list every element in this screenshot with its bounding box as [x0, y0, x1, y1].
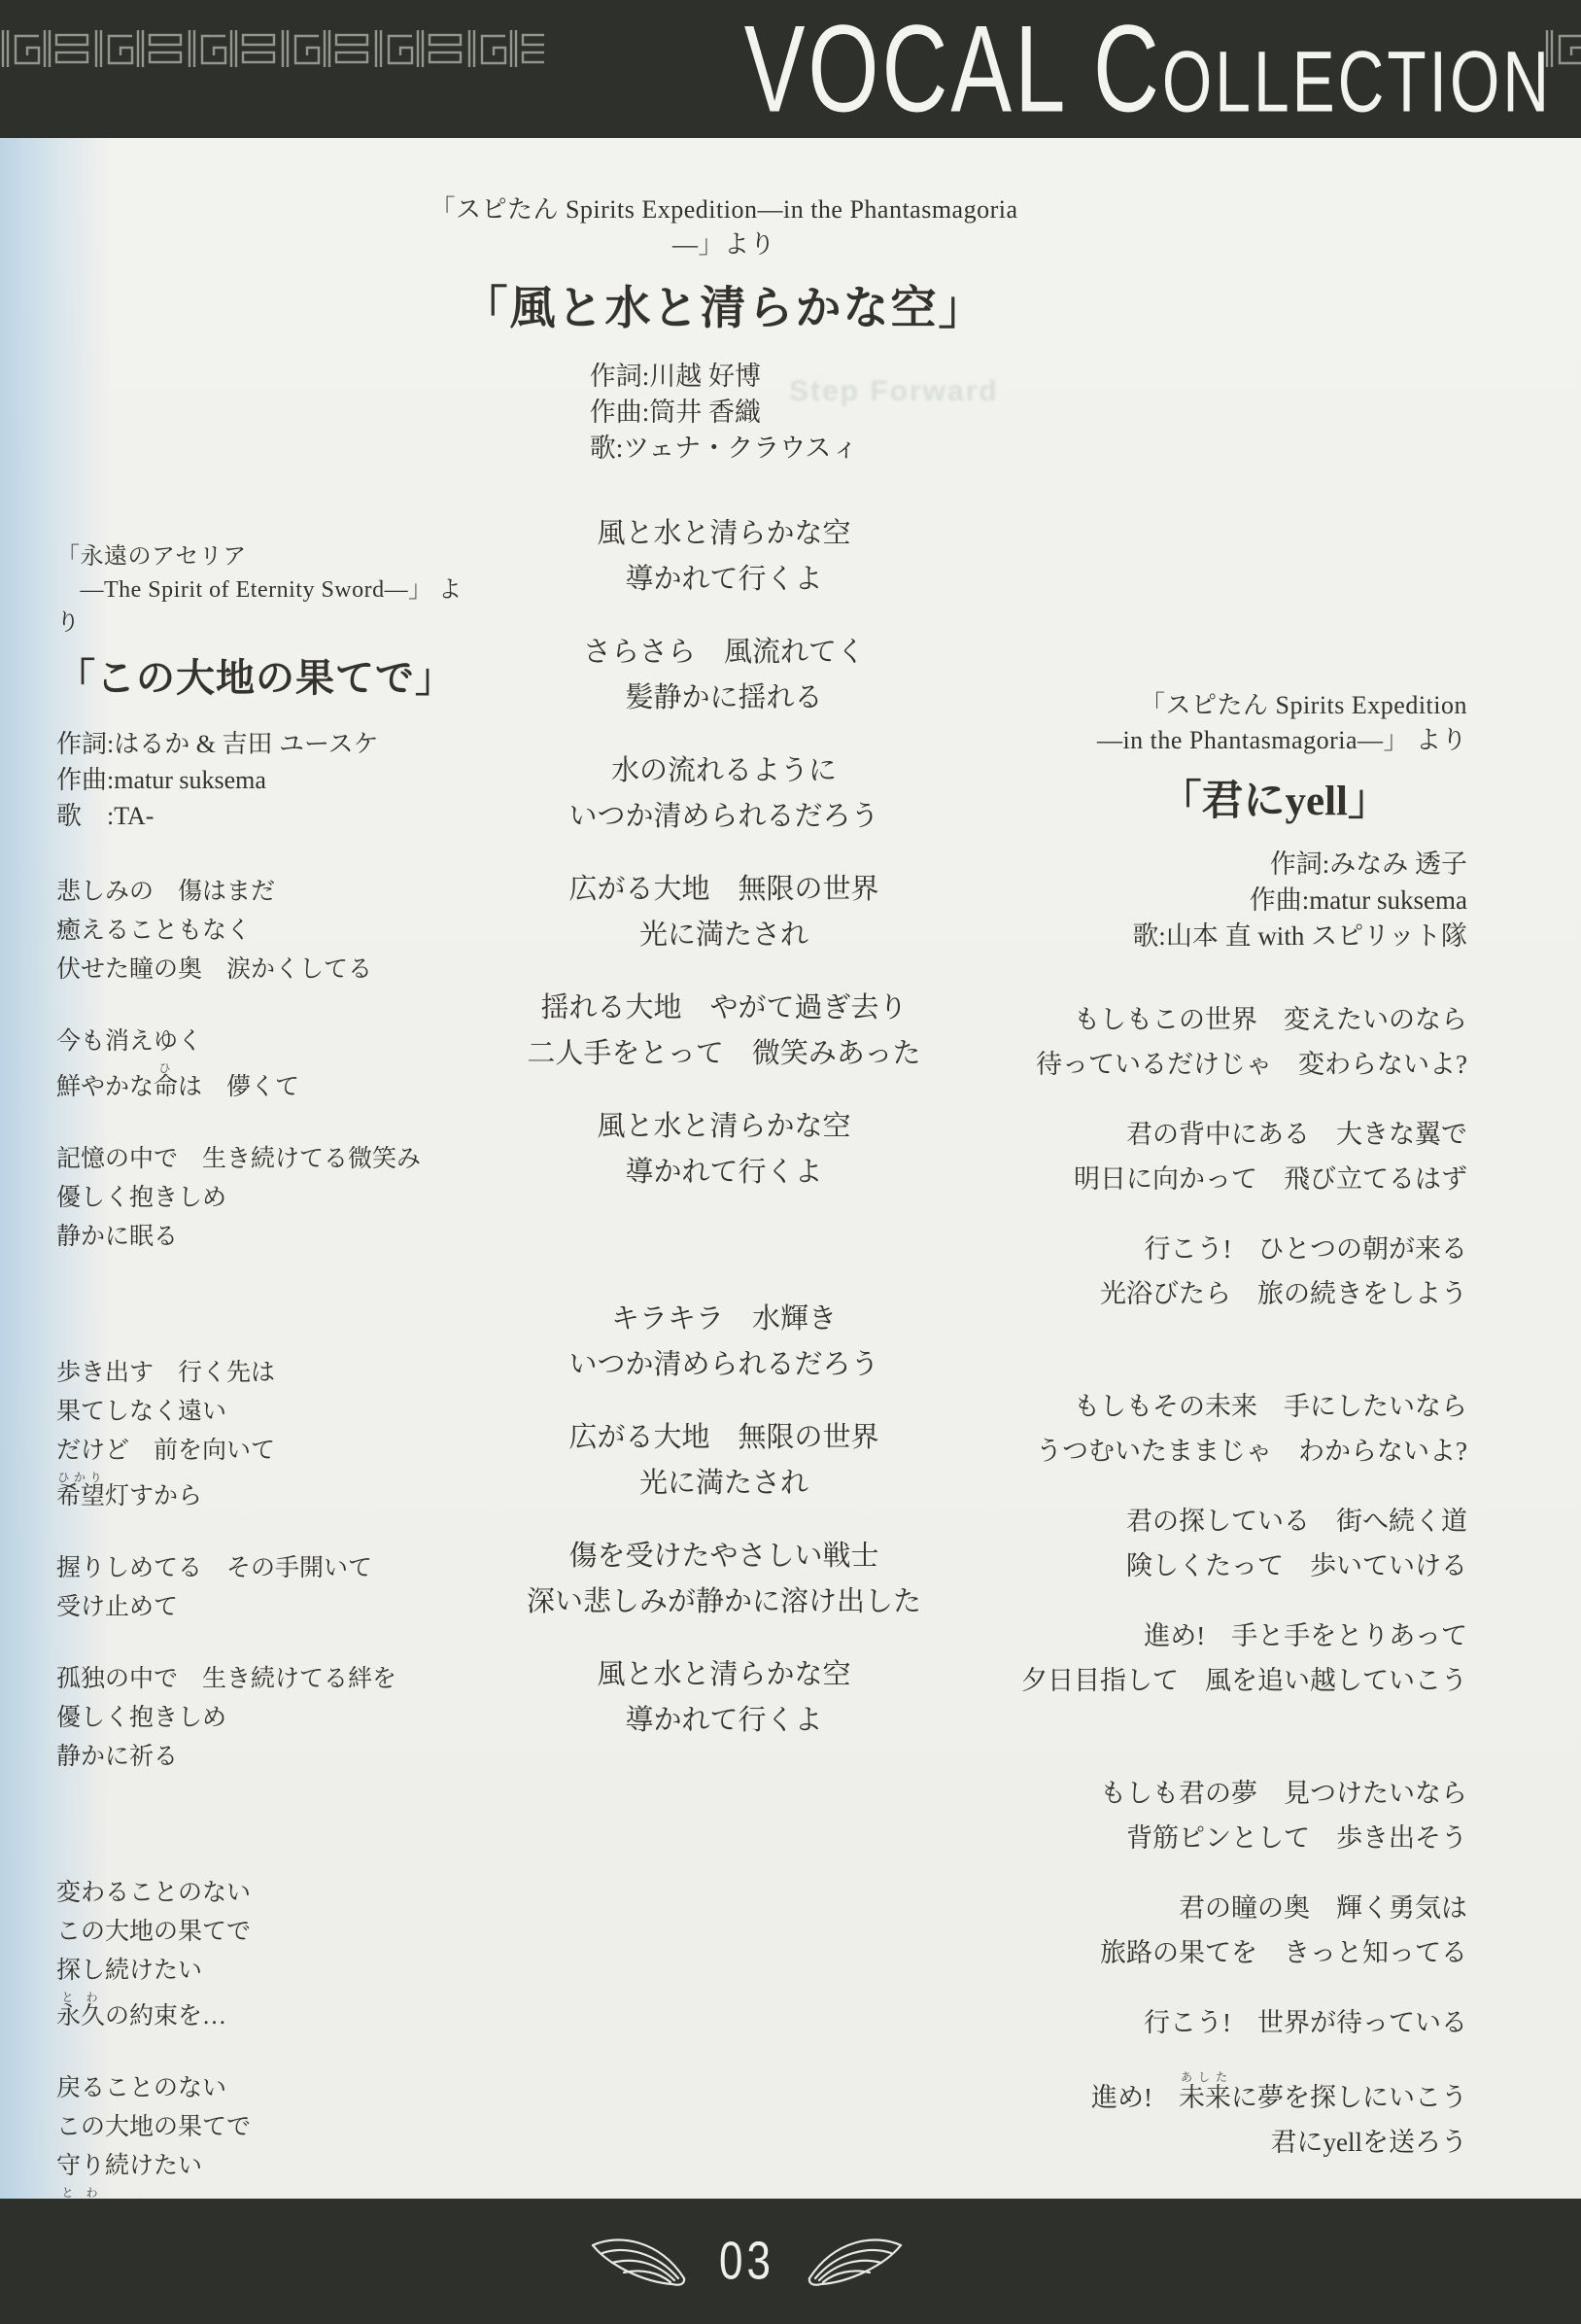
lyric-section: 悲しみの 傷はまだ癒えることもなく伏せた瞳の奥 涙かくしてる今も消えゆく鮮やかな… — [56, 873, 484, 1257]
lyric-line: この大地の果てで — [56, 1913, 484, 1952]
lyric-line: 受け止めて — [56, 1588, 484, 1627]
lyric-line: 静かに眠る — [56, 1218, 484, 1257]
lyric-block: 揺れる大地 やがて過ぎ去り二人手をとって 微笑みあった — [413, 986, 1035, 1077]
lyric-block: 君の背中にある 大きな翼で明日に向かって 飛び立てるはず — [972, 1112, 1467, 1201]
lyric-line: 君にyellを送ろう — [972, 2120, 1467, 2165]
lyric-line: 優しく抱きしめ — [56, 1179, 484, 1218]
lyric-block: 風と水と清らかな空導かれて行くよ — [413, 511, 1035, 603]
lyric-line: 変わることのない — [56, 1874, 484, 1913]
lyric-line: 導かれて行くよ — [413, 1698, 1035, 1744]
song-lyrics: もしもこの世界 変えたいのなら待っているだけじゃ 変わらないよ?君の背中にある … — [972, 997, 1467, 2165]
lyric-section: 歩き出す 行く先は果てしなく遠いだけど 前を向いて希望ひかり灯すから握りしめてる… — [56, 1354, 484, 1777]
footer-ornament-group: 03 — [589, 2232, 905, 2292]
booklet-page: VOCAL Collection Step Forward 「スピたん Spir… — [0, 0, 1581, 2324]
credit-line: 歌:山本 直 with スピリット隊 — [972, 919, 1467, 954]
lyric-block: もしもその未来 手にしたいならうつむいたままじゃ わからないよ? — [972, 1384, 1467, 1474]
wing-right-icon — [800, 2232, 905, 2292]
lyric-line: 光に満たされ — [413, 1461, 1035, 1507]
lyric-line: 導かれて行くよ — [413, 557, 1035, 603]
credit-line: 歌 :TA- — [56, 798, 484, 834]
decorative-border-pattern — [0, 26, 544, 71]
lyric-line: 今も消えゆく — [56, 1023, 484, 1061]
lyric-line: 進め! 未来あしたに夢を探しにいこう — [972, 2070, 1467, 2120]
lyric-line: 希望ひかり灯すから — [56, 1471, 484, 1516]
lyric-line: もしもこの世界 変えたいのなら — [972, 997, 1467, 1042]
header-band: VOCAL Collection — [0, 0, 1581, 138]
song-section-kaze-to-mizu: 「スピたん Spirits Expedition—in the Phantasm… — [413, 192, 1035, 1744]
lyric-line: 広がる大地 無限の世界 — [413, 1415, 1035, 1461]
lyric-line: 光浴びたら 旅の続きをしよう — [972, 1271, 1467, 1316]
lyric-line: 導かれて行くよ — [413, 1150, 1035, 1196]
lyric-line: 傷を受けたやさしい戦士 — [413, 1534, 1035, 1579]
credit-line: 作詞:みなみ 透子 — [972, 847, 1467, 883]
lyric-line: 険しくたって 歩いていける — [972, 1544, 1467, 1588]
lyric-section: 風と水と清らかな空導かれて行くよさらさら 風流れてく髪静かに揺れる水の流れるよう… — [413, 511, 1035, 1196]
lyric-line: 握りしめてる その手開いて — [56, 1549, 484, 1588]
lyric-line: さらさら 風流れてく — [413, 630, 1035, 676]
page-number: 03 — [719, 2235, 774, 2288]
lyric-line: 癒えることもなく — [56, 912, 484, 951]
lyric-line: 伏せた瞳の奥 涙かくしてる — [56, 951, 484, 989]
credit-line: 歌:ツェナ・クラウスィ — [590, 431, 858, 467]
lyric-block: 歩き出す 行く先は果てしなく遠いだけど 前を向いて希望ひかり灯すから — [56, 1354, 484, 1516]
lyric-line: 静かに祈る — [56, 1738, 484, 1777]
lyric-line: 水の流れるように — [413, 748, 1035, 794]
lyric-line: 揺れる大地 やがて過ぎ去り — [413, 986, 1035, 1031]
lyric-line: 旅路の果てを きっと知ってる — [972, 1930, 1467, 1975]
song-title: 「君にyell」 — [972, 768, 1467, 827]
lyric-line: 永久とわの約束を… — [56, 1991, 484, 2036]
lyric-line: 孤独の中で 生き続けてる絆を — [56, 1660, 484, 1699]
lyric-line: 戻ることのない — [56, 2069, 484, 2108]
lyric-line: 鮮やかな命ひは 儚くて — [56, 1061, 484, 1107]
lyric-line: 守り続けたい — [56, 2147, 484, 2186]
song-title: 「風と水と清らかな空」 — [413, 272, 1035, 337]
lyric-line: 進め! 手と手をとりあって — [972, 1613, 1467, 1658]
lyric-line: キラキラ 水輝き — [413, 1297, 1035, 1342]
lyric-line: 広がる大地 無限の世界 — [413, 867, 1035, 913]
lyric-line: 君の瞳の奥 輝く勇気は — [972, 1886, 1467, 1930]
lyric-line: 行こう! ひとつの朝が来る — [972, 1227, 1467, 1271]
lyric-block: 風と水と清らかな空導かれて行くよ — [413, 1104, 1035, 1196]
credit-line: 作詞:はるか & 吉田 ユースケ — [56, 726, 484, 762]
credit-line: 作曲:筒井 香織 — [590, 395, 858, 431]
lyric-section: もしもこの世界 変えたいのなら待っているだけじゃ 変わらないよ?君の背中にある … — [972, 997, 1467, 1316]
credit-line: 作詞:川越 好博 — [590, 359, 858, 395]
lyric-line: だけど 前を向いて — [56, 1432, 484, 1471]
lyric-block: もしも君の夢 見つけたいなら背筋ピンとして 歩き出そう — [972, 1771, 1467, 1860]
lyric-block: 行こう! ひとつの朝が来る光浴びたら 旅の続きをしよう — [972, 1227, 1467, 1316]
song-section-kimi-ni-yell: 「スピたん Spirits Expedition —in the Phantas… — [972, 688, 1467, 2165]
lyric-block: 水の流れるようにいつか清められるだろう — [413, 748, 1035, 840]
lyric-line: 背筋ピンとして 歩き出そう — [972, 1816, 1467, 1860]
lyric-block: 今も消えゆく鮮やかな命ひは 儚くて — [56, 1023, 484, 1107]
lyric-line: 悲しみの 傷はまだ — [56, 873, 484, 912]
lyric-line: 君の探している 街へ続く道 — [972, 1499, 1467, 1544]
lyric-line: この大地の果てで — [56, 2108, 484, 2147]
lyric-block: キラキラ 水輝きいつか清められるだろう — [413, 1297, 1035, 1388]
lyric-block: 記憶の中で 生き続けてる微笑み優しく抱きしめ静かに眠る — [56, 1140, 484, 1257]
lyric-line: 歩き出す 行く先は — [56, 1354, 484, 1393]
lyric-line: 記憶の中で 生き続けてる微笑み — [56, 1140, 484, 1179]
lyric-line: 行こう! 世界が待っている — [972, 2000, 1467, 2045]
song-source-line: 「スピたん Spirits Expedition—in the Phantasm… — [413, 192, 1035, 262]
lyric-line: いつか清められるだろう — [413, 794, 1035, 840]
lyric-line: 探し続けたい — [56, 1952, 484, 1991]
decorative-border-fragment — [1544, 26, 1581, 71]
lyric-block: さらさら 風流れてく髪静かに揺れる — [413, 630, 1035, 721]
lyric-line: 夕日目指して 風を追い越していこう — [972, 1658, 1467, 1703]
lyric-line: もしも君の夢 見つけたいなら — [972, 1771, 1467, 1816]
lyric-block: 進め! 未来あしたに夢を探しにいこう君にyellを送ろう — [972, 2070, 1467, 2165]
page-title: VOCAL Collection — [744, 8, 1552, 131]
lyric-block: もしもこの世界 変えたいのなら待っているだけじゃ 変わらないよ? — [972, 997, 1467, 1087]
wing-left-icon — [589, 2232, 694, 2292]
lyric-section: もしも君の夢 見つけたいなら背筋ピンとして 歩き出そう君の瞳の奥 輝く勇気は旅路… — [972, 1771, 1467, 2165]
lyric-section: キラキラ 水輝きいつか清められるだろう広がる大地 無限の世界光に満たされ傷を受け… — [413, 1297, 1035, 1744]
lyric-line: 君の背中にある 大きな翼で — [972, 1112, 1467, 1157]
lyric-block: 君の瞳の奥 輝く勇気は旅路の果てを きっと知ってる — [972, 1886, 1467, 1975]
lyric-line: 風と水と清らかな空 — [413, 511, 1035, 557]
credit-line: 作曲:matur suksema — [56, 762, 484, 798]
lyric-line: いつか清められるだろう — [413, 1342, 1035, 1388]
lyric-line: うつむいたままじゃ わからないよ? — [972, 1429, 1467, 1474]
song-credits: 作詞:川越 好博 作曲:筒井 香織 歌:ツェナ・クラウスィ — [590, 359, 858, 467]
lyric-line: 二人手をとって 微笑みあった — [413, 1031, 1035, 1077]
song-lyrics: 悲しみの 傷はまだ癒えることもなく伏せた瞳の奥 涙かくしてる今も消えゆく鮮やかな… — [56, 873, 484, 2232]
song-source-line: 「永遠のアセリア — [56, 540, 484, 573]
lyric-line: 優しく抱きしめ — [56, 1699, 484, 1738]
lyric-block: 悲しみの 傷はまだ癒えることもなく伏せた瞳の奥 涙かくしてる — [56, 873, 484, 989]
song-section-kono-daichi: 「永遠のアセリア —The Spirit of Eternity Sword—」… — [56, 540, 484, 2232]
lyric-line: 深い悲しみが静かに溶け出した — [413, 1579, 1035, 1625]
lyric-block: 広がる大地 無限の世界光に満たされ — [413, 1415, 1035, 1507]
lyric-line: 風と水と清らかな空 — [413, 1652, 1035, 1698]
song-source-line: 「スピたん Spirits Expedition — [972, 688, 1467, 723]
song-source-line: —The Spirit of Eternity Sword—」 より — [56, 573, 484, 640]
song-credits: 作詞:みなみ 透子 作曲:matur suksema 歌:山本 直 with ス… — [972, 847, 1467, 954]
lyric-section: 変わることのないこの大地の果てで探し続けたい永久とわの約束を…戻ることのないこの… — [56, 1874, 484, 2232]
lyric-line: もしもその未来 手にしたいなら — [972, 1384, 1467, 1429]
song-source-line: —in the Phantasmagoria—」 より — [972, 723, 1467, 758]
song-credits: 作詞:はるか & 吉田 ユースケ 作曲:matur suksema 歌 :TA- — [56, 726, 484, 834]
lyric-section: もしもその未来 手にしたいならうつむいたままじゃ わからないよ?君の探している … — [972, 1384, 1467, 1703]
lyric-block: 君の探している 街へ続く道険しくたって 歩いていける — [972, 1499, 1467, 1588]
lyric-block: 行こう! 世界が待っている — [972, 2000, 1467, 2045]
credit-line: 作曲:matur suksema — [972, 883, 1467, 919]
lyric-block: 風と水と清らかな空導かれて行くよ — [413, 1652, 1035, 1744]
lyric-line: 光に満たされ — [413, 913, 1035, 958]
lyric-line: 果てしなく遠い — [56, 1393, 484, 1432]
lyric-line: 髪静かに揺れる — [413, 676, 1035, 721]
song-title: 「この大地の果てで」 — [56, 647, 484, 703]
lyric-line: 風と水と清らかな空 — [413, 1104, 1035, 1150]
lyric-line: 明日に向かって 飛び立てるはず — [972, 1157, 1467, 1201]
song-lyrics: 風と水と清らかな空導かれて行くよさらさら 風流れてく髪静かに揺れる水の流れるよう… — [413, 511, 1035, 1744]
lyric-block: 傷を受けたやさしい戦士深い悲しみが静かに溶け出した — [413, 1534, 1035, 1625]
lyric-block: 広がる大地 無限の世界光に満たされ — [413, 867, 1035, 958]
lyric-block: 握りしめてる その手開いて受け止めて — [56, 1549, 484, 1627]
lyric-block: 変わることのないこの大地の果てで探し続けたい永久とわの約束を… — [56, 1874, 484, 2036]
footer-band: 03 — [0, 2199, 1581, 2324]
lyric-block: 孤独の中で 生き続けてる絆を優しく抱きしめ静かに祈る — [56, 1660, 484, 1777]
lyric-block: 進め! 手と手をとりあって夕日目指して 風を追い越していこう — [972, 1613, 1467, 1703]
lyric-line: 待っているだけじゃ 変わらないよ? — [972, 1042, 1467, 1087]
